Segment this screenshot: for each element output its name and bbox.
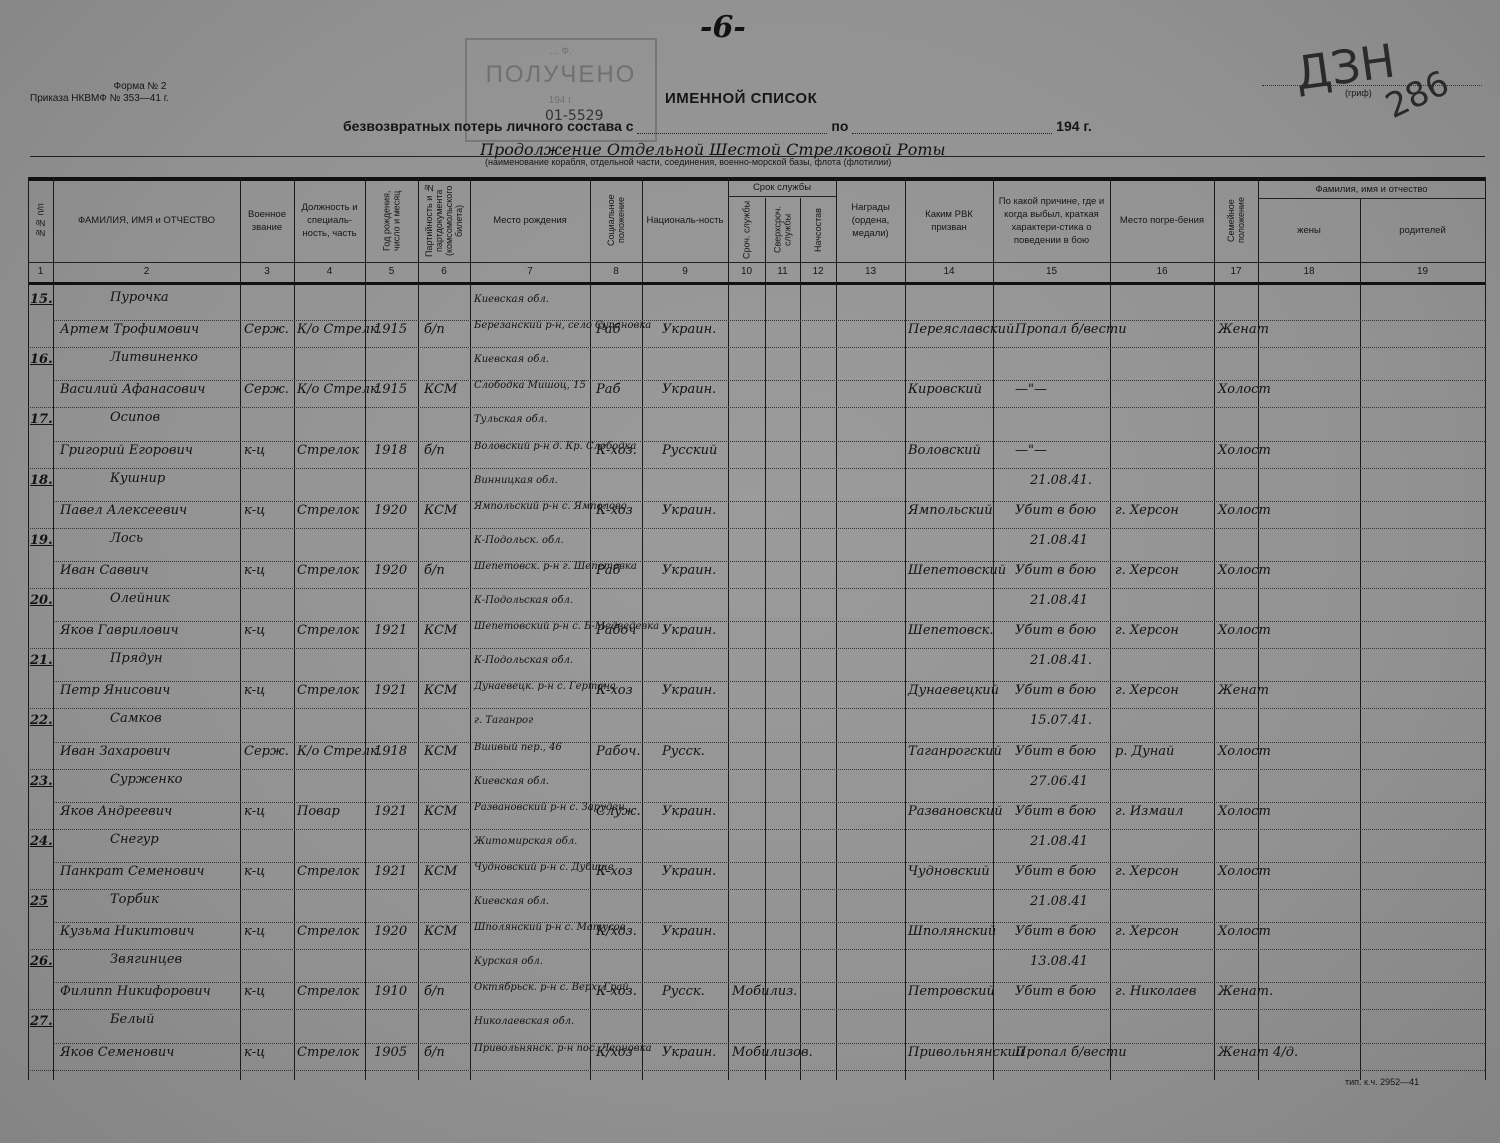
birthplace-region: Курская обл. bbox=[474, 956, 543, 967]
nationality: Украин. bbox=[662, 322, 716, 337]
row-number: 27. bbox=[30, 1014, 53, 1029]
surname: Пурочка bbox=[110, 290, 169, 305]
social-status: К/хоз bbox=[596, 1045, 633, 1060]
first-name-patronymic: Яков Семенович bbox=[60, 1045, 174, 1060]
position: Стрелок bbox=[297, 443, 359, 458]
birth-year: 1910 bbox=[374, 984, 407, 999]
birth-year: 1921 bbox=[374, 804, 407, 819]
social-status: Рабоч. bbox=[596, 744, 640, 759]
column-header-14: Каким РВК призван bbox=[907, 183, 991, 258]
party-membership: КСМ bbox=[424, 623, 457, 638]
family-group-line bbox=[1258, 198, 1485, 199]
row-divider bbox=[53, 681, 1485, 682]
row-number: 19. bbox=[30, 533, 53, 548]
row-divider bbox=[28, 1009, 1485, 1010]
birth-year: 1921 bbox=[374, 623, 407, 638]
military-rank: к-ц bbox=[244, 683, 265, 698]
position: К/о Стрелк. bbox=[297, 322, 382, 337]
row-divider bbox=[28, 889, 1485, 890]
social-status: К-хоз. bbox=[596, 443, 637, 458]
row-divider bbox=[28, 829, 1485, 830]
birth-year: 1920 bbox=[374, 563, 407, 578]
form-number: Форма № 2 bbox=[60, 80, 220, 93]
party-membership: КСМ bbox=[424, 683, 457, 698]
surname: Снегур bbox=[110, 832, 159, 847]
burial-place: г. Измаил bbox=[1115, 804, 1183, 819]
first-name-patronymic: Григорий Егорович bbox=[60, 443, 193, 458]
burial-place: г. Херсон bbox=[1115, 924, 1179, 939]
row-divider bbox=[53, 862, 1485, 863]
draft-office: Переяславский bbox=[908, 322, 1014, 337]
position: Стрелок bbox=[297, 503, 359, 518]
column-divider bbox=[470, 177, 471, 1080]
column-header-2: ФАМИЛИЯ, ИМЯ и ОТЧЕСТВО bbox=[55, 183, 238, 258]
draft-office: Петровский bbox=[908, 984, 995, 999]
loss-reason: Убит в бою bbox=[1015, 503, 1096, 518]
loss-date: 21.08.41 bbox=[1030, 894, 1088, 909]
loss-date: 15.07.41. bbox=[1030, 713, 1092, 728]
column-header-18: жены bbox=[1260, 205, 1358, 255]
row-number: 18. bbox=[30, 473, 53, 488]
marital-status: Холост bbox=[1218, 563, 1271, 578]
row-divider bbox=[28, 949, 1485, 950]
first-name-patronymic: Яков Андреевич bbox=[60, 804, 172, 819]
burial-place: г. Николаев bbox=[1115, 984, 1196, 999]
row-divider bbox=[28, 347, 1485, 348]
colnum-line bbox=[28, 262, 1485, 263]
first-name-patronymic: Панкрат Семенович bbox=[60, 864, 204, 879]
row-divider bbox=[53, 441, 1485, 442]
birth-year: 1915 bbox=[374, 322, 407, 337]
column-number-16: 16 bbox=[1110, 266, 1214, 277]
loss-reason: Пропал б/вести bbox=[1015, 322, 1127, 337]
marital-status: Холост bbox=[1218, 804, 1271, 819]
military-rank: к-ц bbox=[244, 503, 265, 518]
column-divider bbox=[294, 177, 295, 1080]
row-divider bbox=[53, 621, 1485, 622]
first-name-patronymic: Иван Саввич bbox=[60, 563, 149, 578]
row-number: 25 bbox=[30, 894, 48, 909]
row-divider bbox=[28, 588, 1485, 589]
loss-reason: Убит в бою bbox=[1015, 984, 1096, 999]
loss-reason: Убит в бою bbox=[1015, 563, 1096, 578]
header-bottom-border bbox=[28, 282, 1485, 285]
burial-place: р. Дунай bbox=[1115, 744, 1174, 759]
first-name-patronymic: Филипп Никифорович bbox=[60, 984, 211, 999]
row-divider bbox=[28, 468, 1485, 469]
first-name-patronymic: Яков Гаврилович bbox=[60, 623, 179, 638]
birthplace-region: К-Подольск. обл. bbox=[474, 535, 564, 546]
loss-reason: Убит в бою bbox=[1015, 623, 1096, 638]
first-name-patronymic: Василий Афанасович bbox=[60, 382, 205, 397]
column-header-6: Партийность и № партдокумента (комсомоль… bbox=[420, 183, 468, 258]
position: Стрелок bbox=[297, 1045, 359, 1060]
surname: Звягинцев bbox=[110, 952, 182, 967]
position: Стрелок bbox=[297, 864, 359, 879]
position: Стрелок bbox=[297, 683, 359, 698]
social-status: Раб bbox=[596, 382, 620, 397]
column-header-8: Социальное положение bbox=[592, 183, 640, 258]
party-membership: б/п bbox=[424, 563, 445, 578]
nationality: Русск. bbox=[662, 984, 705, 999]
social-status: Раб bbox=[596, 322, 620, 337]
row-divider bbox=[53, 1043, 1485, 1044]
column-number-14: 14 bbox=[905, 266, 993, 277]
draft-office: Дунаевецкий bbox=[908, 683, 999, 698]
position: К/о Стрелк. bbox=[297, 382, 382, 397]
marital-status: Женат 4/д. bbox=[1218, 1045, 1298, 1060]
surname: Кушнир bbox=[110, 471, 165, 486]
nationality: Украин. bbox=[662, 563, 716, 578]
draft-office: Воловский bbox=[908, 443, 981, 458]
surname: Олейник bbox=[110, 591, 170, 606]
row-number: 23. bbox=[30, 774, 53, 789]
service-term-group: Срок службы bbox=[728, 181, 836, 194]
military-rank: к-ц bbox=[244, 864, 265, 879]
party-membership: б/п bbox=[424, 984, 445, 999]
row-divider bbox=[53, 802, 1485, 803]
surname: Лось bbox=[110, 531, 143, 546]
row-number: 26. bbox=[30, 954, 53, 969]
row-divider bbox=[28, 708, 1485, 709]
column-divider bbox=[1485, 177, 1486, 1080]
position: Стрелок bbox=[297, 984, 359, 999]
row-divider bbox=[53, 982, 1485, 983]
row-divider bbox=[28, 1070, 1485, 1071]
marital-status: Женат bbox=[1218, 322, 1269, 337]
burial-place: г. Херсон bbox=[1115, 563, 1179, 578]
draft-office: Чудновский bbox=[908, 864, 990, 879]
first-name-patronymic: Петр Янисович bbox=[60, 683, 170, 698]
loss-reason: Убит в бою bbox=[1015, 864, 1096, 879]
row-number: 24. bbox=[30, 834, 53, 849]
draft-office: Шепетовский bbox=[908, 563, 1006, 578]
military-rank: к-ц bbox=[244, 804, 265, 819]
first-name-patronymic: Артем Трофимович bbox=[60, 322, 199, 337]
loss-date: 21.08.41 bbox=[1030, 834, 1088, 849]
party-membership: КСМ bbox=[424, 744, 457, 759]
nationality: Украин. bbox=[662, 804, 716, 819]
loss-date: 21.08.41. bbox=[1030, 653, 1092, 668]
birth-year: 1920 bbox=[374, 924, 407, 939]
nationality: Украин. bbox=[662, 382, 716, 397]
birthplace-locality: Чудновский р-н с. Дубище bbox=[474, 862, 614, 873]
column-header-7: Место рождения bbox=[472, 183, 588, 258]
service-type: Мобилизов. bbox=[732, 1045, 813, 1060]
birthplace-region: Киевская обл. bbox=[474, 294, 549, 305]
column-divider bbox=[836, 177, 837, 1080]
marital-status: Женат. bbox=[1218, 984, 1273, 999]
draft-office: Ямпольский bbox=[908, 503, 993, 518]
position: Стрелок bbox=[297, 623, 359, 638]
nationality: Украин. bbox=[662, 683, 716, 698]
surname: Осипов bbox=[110, 410, 160, 425]
row-number: 17. bbox=[30, 412, 53, 427]
row-number: 15. bbox=[30, 292, 53, 307]
birthplace-region: Киевская обл. bbox=[474, 776, 549, 787]
birthplace-region: Николаевская обл. bbox=[474, 1016, 574, 1027]
position: Стрелок bbox=[297, 924, 359, 939]
loss-reason: Убит в бою bbox=[1015, 924, 1096, 939]
loss-date: 21.08.41 bbox=[1030, 533, 1088, 548]
military-rank: Серж. bbox=[244, 322, 289, 337]
social-status: Служ. bbox=[596, 804, 641, 819]
draft-office: Кировский bbox=[908, 382, 982, 397]
burial-place: г. Херсон bbox=[1115, 683, 1179, 698]
column-header-17: Семейное положение bbox=[1216, 183, 1256, 258]
row-divider bbox=[28, 407, 1485, 408]
column-number-7: 7 bbox=[470, 266, 590, 277]
birthplace-region: Винницкая обл. bbox=[474, 475, 558, 486]
birthplace-region: К-Подольская обл. bbox=[474, 655, 573, 666]
draft-office: Шепетовск. bbox=[908, 623, 994, 638]
loss-reason: Убит в бою bbox=[1015, 683, 1096, 698]
position: К/о Стрелк. bbox=[297, 744, 382, 759]
nationality: Украин. bbox=[662, 1045, 716, 1060]
social-status: К-хоз bbox=[596, 503, 633, 518]
row-number: 21. bbox=[30, 653, 53, 668]
party-membership: б/п bbox=[424, 1045, 445, 1060]
surname: Прядун bbox=[110, 651, 163, 666]
column-number-17: 17 bbox=[1214, 266, 1258, 277]
party-membership: КСМ bbox=[424, 924, 457, 939]
party-membership: КСМ bbox=[424, 503, 457, 518]
print-mark: тип. к.ч. 2952—41 bbox=[1345, 1077, 1419, 1087]
column-number-8: 8 bbox=[590, 266, 642, 277]
social-status: К-хоз bbox=[596, 683, 633, 698]
marital-status: Холост bbox=[1218, 503, 1271, 518]
first-name-patronymic: Кузьма Никитович bbox=[60, 924, 194, 939]
form-order: Приказа НКВМФ № 353—41 г. bbox=[30, 93, 169, 104]
birth-year: 1918 bbox=[374, 744, 407, 759]
party-membership: КСМ bbox=[424, 382, 457, 397]
column-number-2: 2 bbox=[53, 266, 240, 277]
marital-status: Женат bbox=[1218, 683, 1269, 698]
social-status: К-хоз. bbox=[596, 984, 637, 999]
loss-reason: Убит в бою bbox=[1015, 804, 1096, 819]
row-divider bbox=[28, 648, 1485, 649]
social-status: К/хоз. bbox=[596, 924, 637, 939]
military-rank: к-ц bbox=[244, 623, 265, 638]
column-divider bbox=[800, 198, 801, 1080]
surname: Сурженко bbox=[110, 772, 182, 787]
family-names-group: Фамилия, имя и отчество bbox=[1258, 183, 1485, 196]
row-number: 20. bbox=[30, 593, 53, 608]
row-divider bbox=[53, 380, 1485, 381]
social-status: К-хоз bbox=[596, 864, 633, 879]
birthplace-locality: Вшивый пер., 46 bbox=[474, 742, 562, 753]
column-number-11: 11 bbox=[765, 266, 800, 277]
marital-status: Холост bbox=[1218, 744, 1271, 759]
column-header-3: Военное звание bbox=[242, 183, 292, 258]
birthplace-locality: Дунаевецк. р-н с. Гертана bbox=[474, 681, 616, 692]
column-header-10: Сроч. службы bbox=[730, 200, 763, 260]
unit-caption: (наименование корабля, отдельной части, … bbox=[485, 157, 891, 167]
nationality: Украин. bbox=[662, 503, 716, 518]
document-page: -6- Форма № 2 Приказа НКВМФ № 353—41 г. … bbox=[0, 0, 1500, 1143]
column-divider bbox=[418, 177, 419, 1080]
party-membership: КСМ bbox=[424, 804, 457, 819]
surname: Литвиненко bbox=[110, 350, 198, 365]
birthplace-region: К-Подольская обл. bbox=[474, 595, 573, 606]
column-header-12: Начсостав bbox=[802, 200, 834, 260]
document-subtitle: безвозвратных потерь личного состава с п… bbox=[343, 118, 1092, 134]
position: Стрелок bbox=[297, 563, 359, 578]
birthplace-region: Киевская обл. bbox=[474, 354, 549, 365]
loss-date: 13.08.41 bbox=[1030, 954, 1088, 969]
row-divider bbox=[28, 769, 1485, 770]
nationality: Украин. bbox=[662, 924, 716, 939]
row-number: 16. bbox=[30, 352, 53, 367]
social-status: Рабоч bbox=[596, 623, 636, 638]
marital-status: Холост bbox=[1218, 443, 1271, 458]
column-header-19: родителей bbox=[1362, 205, 1483, 255]
loss-reason: —"— bbox=[1015, 382, 1047, 397]
birth-year: 1918 bbox=[374, 443, 407, 458]
marital-status: Холост bbox=[1218, 623, 1271, 638]
column-header-5: Год рождения, число и месяц bbox=[367, 183, 416, 258]
column-divider bbox=[53, 177, 54, 1080]
column-header-11: Сверхсроч. службы bbox=[767, 200, 798, 260]
loss-date: 21.08.41. bbox=[1030, 473, 1092, 488]
row-divider bbox=[53, 922, 1485, 923]
column-number-13: 13 bbox=[836, 266, 905, 277]
column-number-15: 15 bbox=[993, 266, 1110, 277]
column-header-4: Должность и специаль-ность, часть bbox=[296, 183, 363, 258]
nationality: Русский bbox=[662, 443, 717, 458]
birth-year: 1921 bbox=[374, 683, 407, 698]
column-number-12: 12 bbox=[800, 266, 836, 277]
position: Повар bbox=[297, 804, 340, 819]
column-number-4: 4 bbox=[294, 266, 365, 277]
row-number: 22. bbox=[30, 713, 53, 728]
draft-office: Таганрогский bbox=[908, 744, 1002, 759]
military-rank: к-ц bbox=[244, 1045, 265, 1060]
column-number-1: 1 bbox=[28, 266, 53, 277]
military-rank: Серж. bbox=[244, 382, 289, 397]
burial-place: г. Херсон bbox=[1115, 864, 1179, 879]
column-divider bbox=[765, 198, 766, 1080]
military-rank: к-ц bbox=[244, 984, 265, 999]
birthplace-region: Киевская обл. bbox=[474, 896, 549, 907]
marital-status: Холост bbox=[1218, 924, 1271, 939]
column-number-9: 9 bbox=[642, 266, 728, 277]
birthplace-region: г. Таганрог bbox=[474, 715, 533, 726]
birthplace-region: Тульская обл. bbox=[474, 414, 547, 425]
party-membership: КСМ bbox=[424, 864, 457, 879]
column-header-15: По какой причине, где и когда выбыл, кра… bbox=[995, 183, 1108, 258]
loss-date: 21.08.41 bbox=[1030, 593, 1088, 608]
column-divider bbox=[1214, 177, 1215, 1080]
draft-office: Шполянский bbox=[908, 924, 996, 939]
column-divider bbox=[240, 177, 241, 1080]
service-type: Мобилиз. bbox=[732, 984, 797, 999]
column-number-6: 6 bbox=[418, 266, 470, 277]
column-divider bbox=[28, 177, 29, 1080]
birth-year: 1915 bbox=[374, 382, 407, 397]
row-divider bbox=[53, 320, 1485, 321]
military-rank: к-ц bbox=[244, 563, 265, 578]
burial-place: г. Херсон bbox=[1115, 623, 1179, 638]
nationality: Украин. bbox=[662, 864, 716, 879]
birth-year: 1905 bbox=[374, 1045, 407, 1060]
marital-status: Холост bbox=[1218, 382, 1271, 397]
column-header-9: Националь-ность bbox=[644, 183, 726, 258]
burial-place: г. Херсон bbox=[1115, 503, 1179, 518]
nationality: Украин. bbox=[662, 623, 716, 638]
row-divider bbox=[53, 501, 1485, 502]
military-rank: Серж. bbox=[244, 744, 289, 759]
row-divider bbox=[53, 561, 1485, 562]
document-title: ИМЕННОЙ СПИСОК bbox=[665, 90, 817, 107]
draft-office: Развановский bbox=[908, 804, 1003, 819]
birth-year: 1921 bbox=[374, 864, 407, 879]
surname: Самков bbox=[110, 711, 162, 726]
party-membership: б/п bbox=[424, 443, 445, 458]
column-number-3: 3 bbox=[240, 266, 294, 277]
column-header-1: №№ п/п bbox=[30, 183, 51, 258]
birth-year: 1920 bbox=[374, 503, 407, 518]
military-rank: к-ц bbox=[244, 924, 265, 939]
first-name-patronymic: Иван Захарович bbox=[60, 744, 170, 759]
column-header-16: Место погре-бения bbox=[1112, 183, 1212, 258]
surname: Торбик bbox=[110, 892, 159, 907]
surname: Белый bbox=[110, 1012, 154, 1027]
row-divider bbox=[53, 742, 1485, 743]
service-group-line bbox=[728, 196, 836, 197]
nationality: Русск. bbox=[662, 744, 705, 759]
column-divider bbox=[1110, 177, 1111, 1080]
loss-reason: Пропал б/вести bbox=[1015, 1045, 1127, 1060]
row-divider bbox=[28, 528, 1485, 529]
loss-reason: Убит в бою bbox=[1015, 744, 1096, 759]
column-number-19: 19 bbox=[1360, 266, 1485, 277]
birthplace-locality: Слободка Мишоц, 15 bbox=[474, 380, 586, 391]
page-number: -6- bbox=[700, 10, 746, 45]
column-divider bbox=[905, 177, 906, 1080]
column-number-5: 5 bbox=[365, 266, 418, 277]
birthplace-locality: Березанский р-н, село Супановка bbox=[474, 320, 651, 331]
draft-office: Привольнянский bbox=[908, 1045, 1024, 1060]
loss-date: 27.06.41 bbox=[1030, 774, 1088, 789]
party-membership: б/п bbox=[424, 322, 445, 337]
military-rank: к-ц bbox=[244, 443, 265, 458]
social-status: Раб bbox=[596, 563, 620, 578]
column-number-10: 10 bbox=[728, 266, 765, 277]
birthplace-region: Житомирская обл. bbox=[474, 836, 577, 847]
column-divider bbox=[728, 177, 729, 1080]
first-name-patronymic: Павел Алексеевич bbox=[60, 503, 187, 518]
column-number-18: 18 bbox=[1258, 266, 1360, 277]
column-divider bbox=[365, 177, 366, 1080]
column-divider bbox=[1360, 199, 1361, 1080]
loss-reason: —"— bbox=[1015, 443, 1047, 458]
marital-status: Холост bbox=[1218, 864, 1271, 879]
column-header-13: Награды (ордена, медали) bbox=[838, 183, 903, 258]
